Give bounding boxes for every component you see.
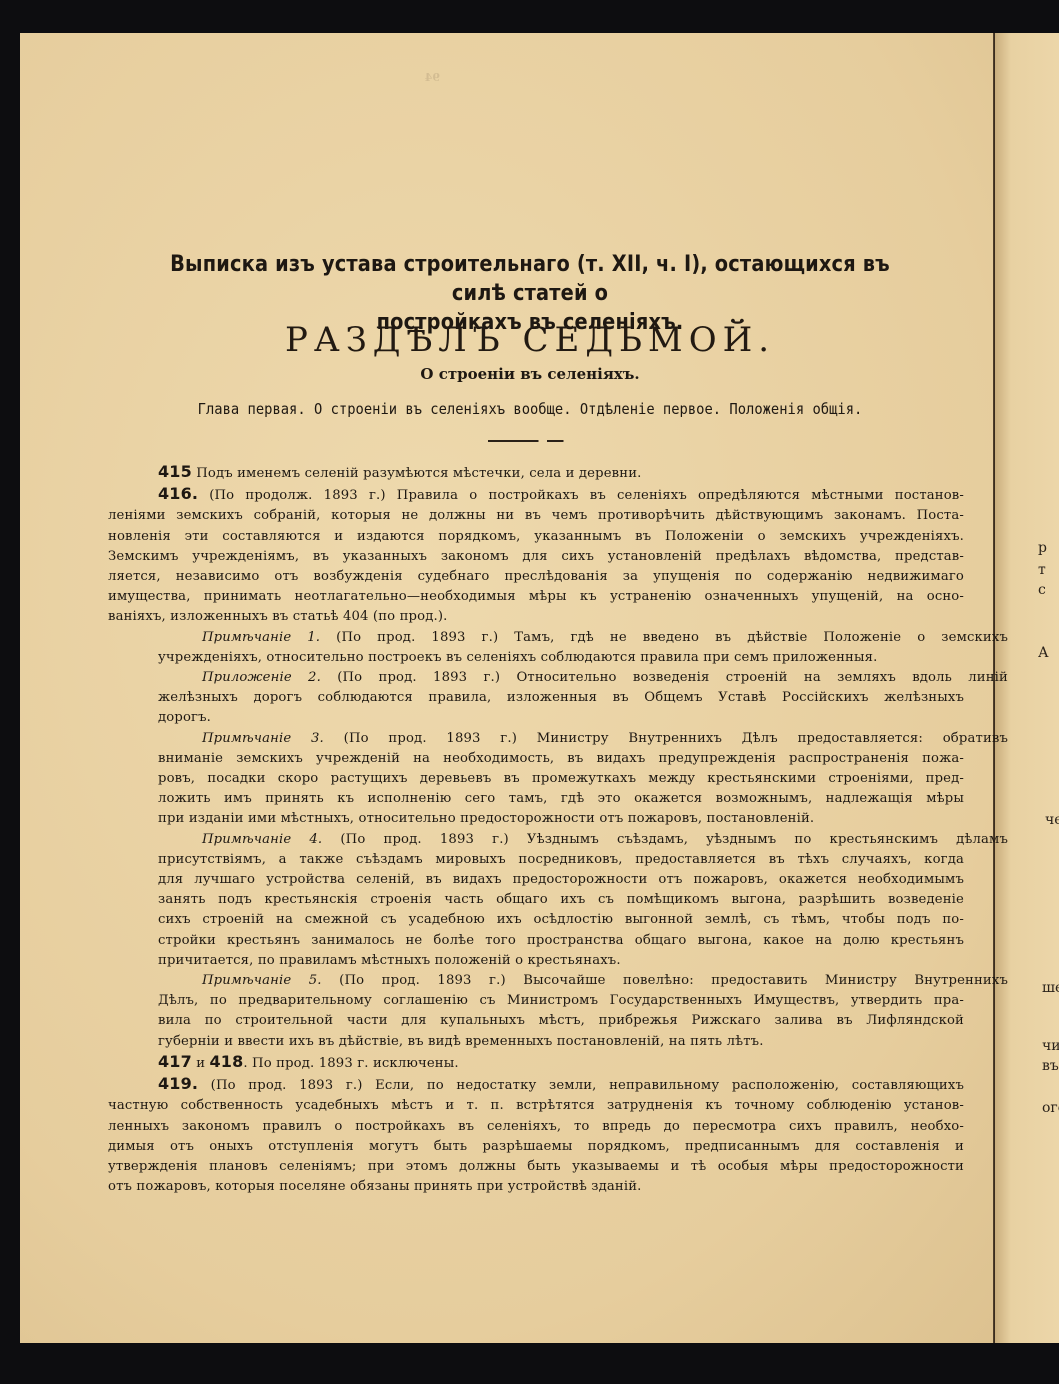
note-3: Примѣчаніе 3. (По прод. 1893 г.) Министр… <box>158 729 1008 749</box>
article-text: утвержденія плановъ селеніямъ; при этомъ… <box>108 1157 964 1177</box>
document-content: Выписка изъ устава строительнаго (т. XII… <box>0 0 1059 1384</box>
note-text: (По прод. 1893 г.) Тамъ, гдѣ не введено … <box>336 630 1008 645</box>
article-text: ляется, независимо отъ возбужденія судеб… <box>108 567 964 587</box>
note-5: Примѣчаніе 5. (По прод. 1893 г.) Высочай… <box>158 971 1008 991</box>
article-text: ваніяхъ, изложенныхъ въ статьѣ 404 (по п… <box>108 607 964 627</box>
ornamental-rule <box>488 440 572 442</box>
note-text: губерніи и ввести ихъ въ дѣйствіе, въ ви… <box>158 1032 964 1052</box>
section-heading: РАЗДѢЛЪ СЕДЬМОЙ. <box>100 318 960 362</box>
note-text: для лучшаго устройства селеній, въ видах… <box>158 870 964 890</box>
note-text: присутствіямъ, а также съѣздамъ мировыхъ… <box>158 850 964 870</box>
note-text: причитается, по правиламъ мѣстныхъ полож… <box>158 951 964 971</box>
note-text: ровъ, посадки скоро растущихъ деревьевъ … <box>158 769 964 789</box>
note-text: (По прод. 1893 г.) Высочайше повелѣно: п… <box>339 973 1008 988</box>
note-text: дорогъ. <box>158 708 964 728</box>
article-text: леніями земскихъ собраній, которыя не до… <box>108 506 964 526</box>
article-text: (По прод. 1893 г.) Если, по недостатку з… <box>211 1078 964 1093</box>
note-text: сихъ строеній на смежной съ усадебною их… <box>158 910 964 930</box>
note-label: Примѣчаніе 1. <box>202 630 320 645</box>
conjunction: и <box>196 1056 205 1071</box>
note-text: (По прод. 1893 г.) Министру Внутреннихъ … <box>344 731 1008 746</box>
article-number: 416. <box>158 484 198 503</box>
article-number: 417 <box>158 1052 192 1071</box>
note-text: вниманіе земскихъ учрежденій на необходи… <box>158 749 964 769</box>
article-text: частную собственность усадебныхъ мѣстъ и… <box>108 1096 964 1116</box>
article-text: Подъ именемъ селеній разумѣются мѣстечки… <box>196 466 641 481</box>
note-text: желѣзныхъ дорогъ соблюдаются правила, из… <box>158 688 964 708</box>
article-415: 415 Подъ именемъ селеній разумѣются мѣст… <box>158 462 964 484</box>
note-text: ложить имъ принять къ исполненію сего та… <box>158 789 964 809</box>
article-number: 419. <box>158 1074 198 1093</box>
article-419: 419. (По прод. 1893 г.) Если, по недоста… <box>158 1074 964 1096</box>
subheading: О строеніи въ селеніяхъ. <box>100 364 960 384</box>
article-417-418: 417 и 418. По прод. 1893 г. исключены. <box>158 1052 964 1074</box>
article-text: . По прод. 1893 г. исключены. <box>243 1056 458 1071</box>
article-416: 416. (По продолж. 1893 г.) Правила о пос… <box>158 484 964 506</box>
article-text: отъ пожаровъ, которыя поселяне обязаны п… <box>108 1177 964 1197</box>
note-text: (По прод. 1893 г.) Уѣзднымъ съѣздамъ, уѣ… <box>340 832 1008 847</box>
note-label: Примѣчаніе 4. <box>202 832 322 847</box>
note-label: Приложеніе 2. <box>202 670 321 685</box>
article-text: (По продолж. 1893 г.) Правила о постройк… <box>209 488 964 503</box>
note-text: вила по строительной части для купальных… <box>158 1011 964 1031</box>
article-text: димыя отъ оныхъ отступленія могутъ быть … <box>108 1137 964 1157</box>
note-1: Примѣчаніе 1. (По прод. 1893 г.) Тамъ, г… <box>158 628 1008 648</box>
note-text: учрежденіяхъ, относительно построекъ въ … <box>158 648 964 668</box>
article-number: 418 <box>210 1052 244 1071</box>
note-text: (По прод. 1893 г.) Относительно возведен… <box>337 670 1008 685</box>
note-text: при изданіи ими мѣстныхъ, относительно п… <box>158 809 964 829</box>
articles-body: 415 Подъ именемъ селеній разумѣются мѣст… <box>158 462 964 1197</box>
note-text: Дѣлъ, по предварительному соглашенію съ … <box>158 991 964 1011</box>
chapter-heading: Глава первая. О строеніи въ селеніяхъ во… <box>134 398 925 420</box>
title-line-1: Выписка изъ устава строительнаго (т. XII… <box>152 250 909 308</box>
article-text: новленія эти составляются и издаются пор… <box>108 527 964 547</box>
note-label: Примѣчаніе 5. <box>202 973 322 988</box>
note-label: Примѣчаніе 3. <box>202 731 324 746</box>
article-text: ленныхъ закономъ правилъ о постройкахъ в… <box>108 1117 964 1137</box>
note-4: Примѣчаніе 4. (По прод. 1893 г.) Уѣздным… <box>158 830 1008 850</box>
note-text: занять подъ крестьянскія строенія часть … <box>158 890 964 910</box>
article-text: Земскимъ учрежденіямъ, въ указанныхъ зак… <box>108 547 964 567</box>
article-number: 415 <box>158 462 192 481</box>
note-2: Приложеніе 2. (По прод. 1893 г.) Относит… <box>158 668 1008 688</box>
article-text: имущества, принимать неотлагательно—необ… <box>108 587 964 607</box>
note-text: стройки крестьянъ занималось не болѣе то… <box>158 931 964 951</box>
